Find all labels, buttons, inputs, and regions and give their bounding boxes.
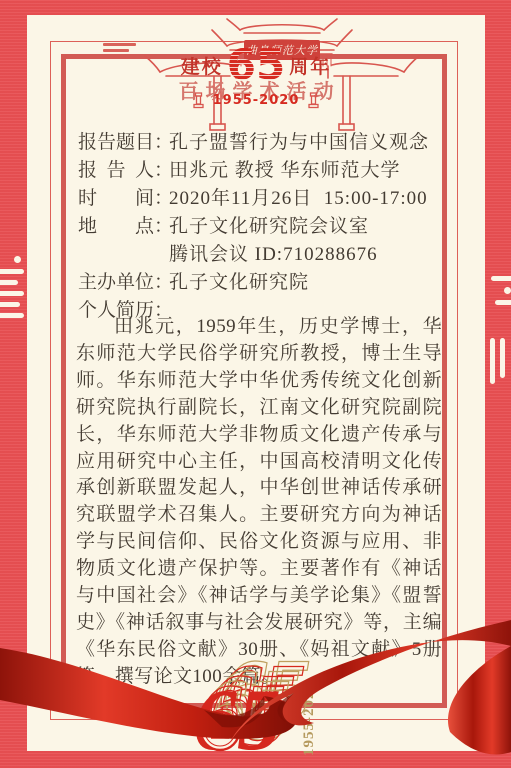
pillar-icon <box>308 92 319 109</box>
info-row-organizer: 主办单位： 孔子文化研究院 <box>78 267 450 295</box>
info-row-meeting-id: 腾讯会议 ID:710288676 <box>78 239 450 267</box>
cloud-line-decoration <box>487 276 511 311</box>
seal-mark-icon <box>103 43 136 55</box>
speaker-biography: 田兆元，1959年生，历史学博士，华东师范大学民俗学研究所教授，博士生导师。华东… <box>76 314 442 691</box>
info-row-time: 时间： 2020年11月26日 15:00-17:00 <box>78 183 450 211</box>
logo-years-vertical: 1955-2020 <box>301 682 317 756</box>
info-value: 孔子文化研究院 <box>169 267 309 295</box>
info-row-speaker: 报告人： 田兆元 教授 华东师范大学 <box>78 155 450 183</box>
university-seal-icon <box>201 712 239 750</box>
info-value: 2020年11月26日 15:00-17:00 <box>169 183 428 211</box>
info-label: 报告人 <box>78 155 154 182</box>
info-value: 孔子文化研究院会议室 <box>169 211 369 239</box>
info-row-venue: 地点： 孔子文化研究院会议室 <box>78 211 450 239</box>
anniversary-65-logo: 65 65 65 65 65 65 65 1955-2020 <box>180 648 332 762</box>
cloud-line-decoration <box>480 338 505 384</box>
cloud-line-decoration <box>0 256 26 324</box>
info-label: 报告题目 <box>78 127 154 154</box>
poster-card: 曲阜师范大学 建校 65 周年 百场学术活动 1955-2020 <box>27 15 485 751</box>
lecture-info: 报告题目： 孔子盟誓行为与中国信义观念 报告人： 田兆元 教授 华东师范大学 时… <box>78 127 450 323</box>
poster: 曲阜师范大学 建校 65 周年 百场学术活动 1955-2020 <box>0 0 511 768</box>
info-value: 田兆元 教授 华东师范大学 <box>169 155 401 183</box>
info-value: 腾讯会议 ID:710288676 <box>169 239 378 267</box>
info-label: 主办单位 <box>78 267 154 294</box>
anniversary-years-row: 1955-2020 <box>27 92 485 109</box>
info-label: 时间 <box>78 183 154 210</box>
info-label: 地点 <box>78 211 154 238</box>
info-row-topic: 报告题目： 孔子盟誓行为与中国信义观念 <box>78 127 450 155</box>
pillar-icon <box>193 92 204 109</box>
anniversary-years: 1955-2020 <box>213 93 300 108</box>
info-value: 孔子盟誓行为与中国信义观念 <box>169 127 429 155</box>
